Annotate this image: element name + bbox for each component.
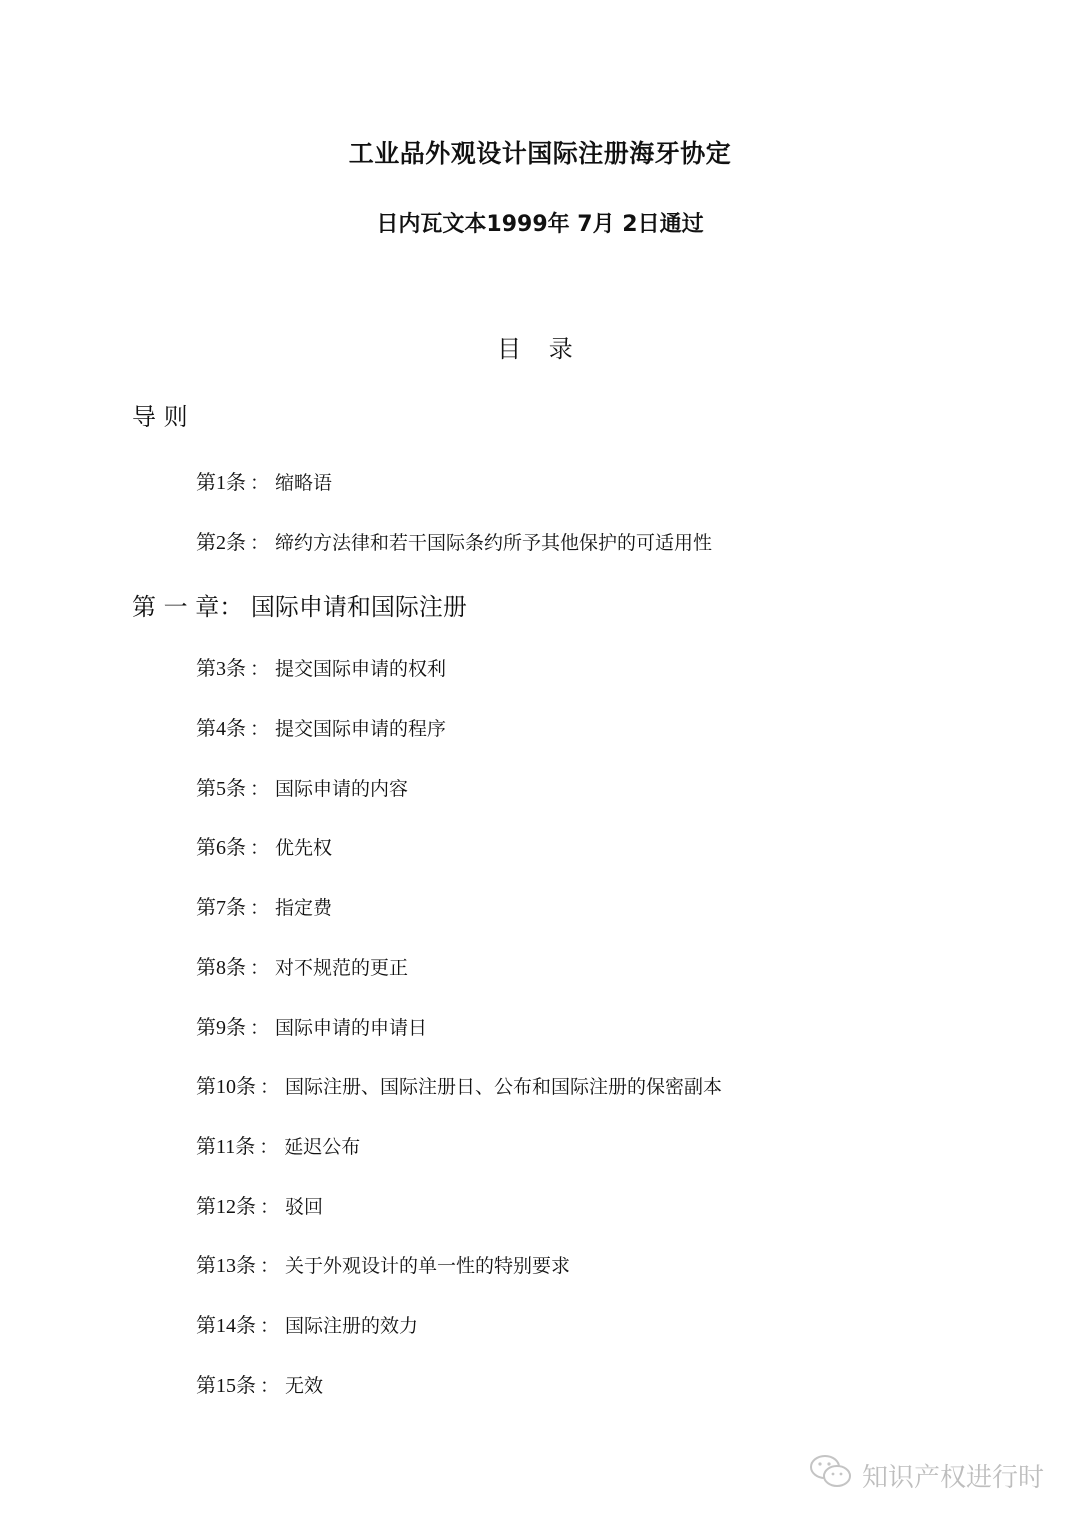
article-title: 驳回 bbox=[285, 1196, 323, 1218]
article-title: 缔约方法律和若干国际条约所予其他保护的可适用性 bbox=[275, 532, 712, 554]
article-number: 第2条 bbox=[196, 532, 246, 554]
watermark: 知识产权进行时 bbox=[808, 1452, 1044, 1499]
article-number: 第1条 bbox=[196, 472, 246, 494]
document-subtitle: 日内瓦文本1999年 7月 2日通过 bbox=[0, 207, 1080, 238]
toc-item[interactable]: 第3条：提交国际申请的权利 bbox=[196, 652, 446, 681]
watermark-text: 知识产权进行时 bbox=[862, 1457, 1044, 1494]
article-title: 优先权 bbox=[275, 837, 332, 859]
toc-item[interactable]: 第11条：延迟公布 bbox=[196, 1130, 360, 1159]
toc-item[interactable]: 第12条：驳回 bbox=[196, 1190, 323, 1219]
article-number: 第12条 bbox=[196, 1196, 256, 1218]
toc-item[interactable]: 第8条：对不规范的更正 bbox=[196, 951, 408, 980]
article-number: 第15条 bbox=[196, 1375, 256, 1397]
article-number: 第6条 bbox=[196, 837, 246, 859]
toc-item[interactable]: 第5条：国际申请的内容 bbox=[196, 772, 408, 801]
toc-item[interactable]: 第15条：无效 bbox=[196, 1369, 323, 1398]
article-number: 第11条 bbox=[196, 1136, 255, 1158]
section-heading-chapter-1: 第 一 章： 国际申请和国际注册 bbox=[132, 587, 467, 622]
toc-item[interactable]: 第13条：关于外观设计的单一性的特别要求 bbox=[196, 1249, 570, 1278]
article-title: 国际申请的内容 bbox=[275, 778, 408, 800]
article-number: 第10条 bbox=[196, 1076, 256, 1098]
toc-item[interactable]: 第4条：提交国际申请的程序 bbox=[196, 712, 446, 741]
article-title: 缩略语 bbox=[275, 472, 332, 494]
article-number: 第7条 bbox=[196, 897, 246, 919]
article-title: 对不规范的更正 bbox=[275, 957, 408, 979]
toc-item[interactable]: 第1条：缩略语 bbox=[196, 466, 332, 495]
toc-item[interactable]: 第10条：国际注册、国际注册日、公布和国际注册的保密副本 bbox=[196, 1070, 722, 1099]
toc-item[interactable]: 第7条：指定费 bbox=[196, 891, 332, 920]
article-title: 指定费 bbox=[275, 897, 332, 919]
section-heading-general: 导 则 bbox=[132, 397, 188, 432]
article-title: 关于外观设计的单一性的特别要求 bbox=[285, 1255, 570, 1277]
toc-item[interactable]: 第6条：优先权 bbox=[196, 831, 332, 860]
toc-item[interactable]: 第2条：缔约方法律和若干国际条约所予其他保护的可适用性 bbox=[196, 526, 712, 555]
article-title: 提交国际申请的程序 bbox=[275, 718, 446, 740]
article-title: 延迟公布 bbox=[284, 1136, 360, 1158]
article-number: 第14条 bbox=[196, 1315, 256, 1337]
toc-item[interactable]: 第9条：国际申请的申请日 bbox=[196, 1011, 427, 1040]
article-title: 国际申请的申请日 bbox=[275, 1017, 427, 1039]
article-number: 第13条 bbox=[196, 1255, 256, 1277]
article-title: 无效 bbox=[285, 1375, 323, 1397]
document-title: 工业品外观设计国际注册海牙协定 bbox=[0, 134, 1080, 170]
article-title: 提交国际申请的权利 bbox=[275, 658, 446, 680]
toc-item[interactable]: 第14条：国际注册的效力 bbox=[196, 1309, 418, 1338]
article-number: 第4条 bbox=[196, 718, 246, 740]
article-number: 第9条 bbox=[196, 1017, 246, 1039]
article-title: 国际注册的效力 bbox=[285, 1315, 418, 1337]
article-number: 第5条 bbox=[196, 778, 246, 800]
toc-heading: 目 录 bbox=[0, 329, 1080, 364]
wechat-icon bbox=[808, 1452, 854, 1499]
article-number: 第3条 bbox=[196, 658, 246, 680]
article-number: 第8条 bbox=[196, 957, 246, 979]
article-title: 国际注册、国际注册日、公布和国际注册的保密副本 bbox=[285, 1076, 722, 1098]
